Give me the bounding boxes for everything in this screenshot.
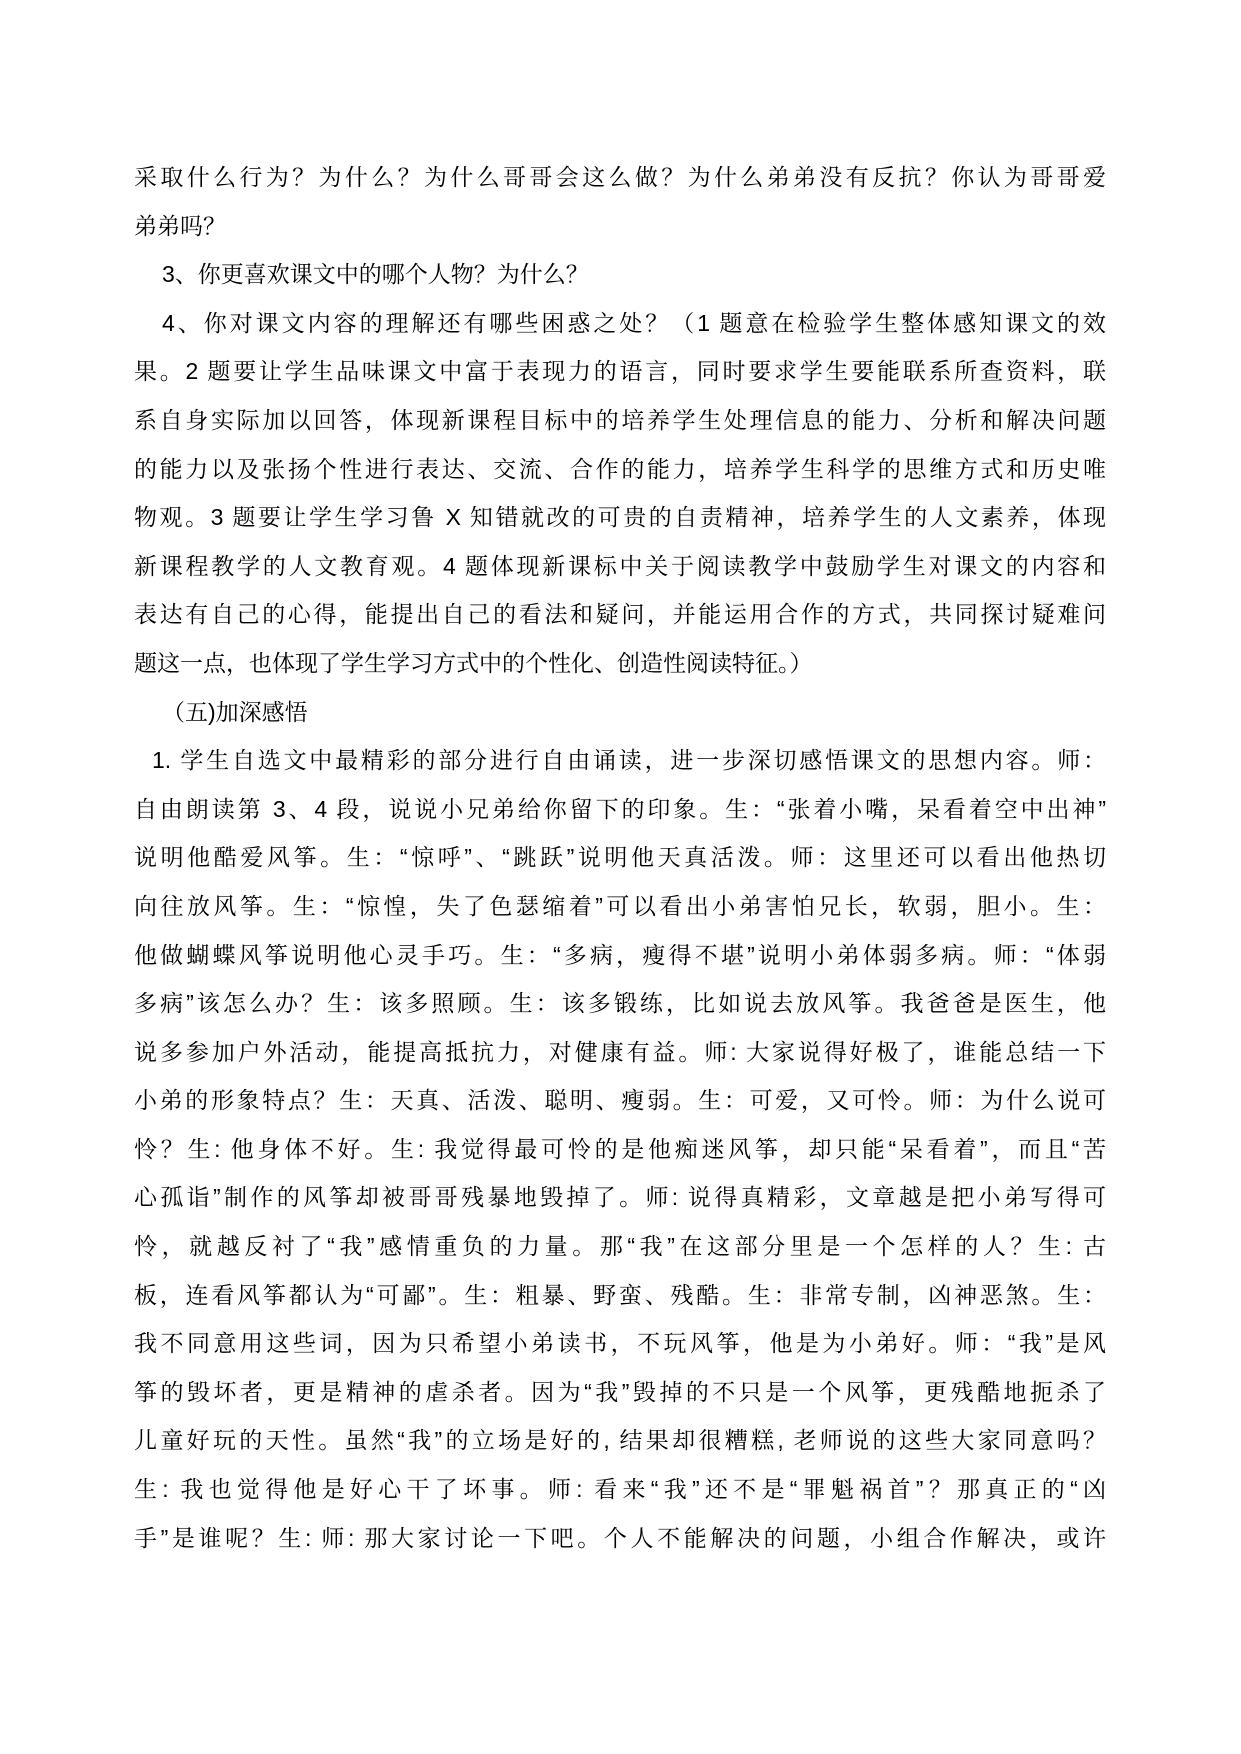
text-line-list-item-1: 1. 学生自选文中最精彩的部分进行自由诵读，进一步深切感悟课文的思想内容。师： bbox=[134, 736, 1106, 785]
text-line: 弟弟吗？ bbox=[134, 202, 1106, 251]
text-line: 采取什么行为？为什么？为什么哥哥会这么做？为什么弟弟没有反抗？你认为哥哥爱 bbox=[134, 153, 1106, 202]
text-line: 小弟的形象特点？生：天真、活泼、聪明、瘦弱。生：可爱，又可怜。师：为什么说可 bbox=[134, 1076, 1106, 1125]
text-line: 我不同意用这些词，因为只希望小弟读书，不玩风筝，他是为小弟好。师：“我”是风 bbox=[134, 1319, 1106, 1368]
text-line: 筝的毁坏者，更是精神的虐杀者。因为“我”毁掉的不只是一个风筝，更残酷地扼杀了 bbox=[134, 1368, 1106, 1417]
text-line: 手”是谁呢？生: 师: 那大家讨论一下吧。个人不能解决的问题，小组合作解决，或许 bbox=[134, 1514, 1106, 1563]
text-line: 的能力以及张扬个性进行表达、交流、合作的能力，培养学生科学的思维方式和历史唯 bbox=[134, 445, 1106, 494]
text-line: 怜？生: 他身体不好。生: 我觉得最可怜的是他痴迷风筝，却只能“呆看着”，而且“… bbox=[134, 1125, 1106, 1174]
text-line: 系自身实际加以回答，体现新课程目标中的培养学生处理信息的能力、分析和解决问题 bbox=[134, 396, 1106, 445]
text-line: 新课程教学的人文教育观。4 题体现新课标中关于阅读教学中鼓励学生对课文的内容和 bbox=[134, 542, 1106, 591]
text-line: 说多参加户外活动，能提高抵抗力，对健康有益。师: 大家说得好极了，谁能总结一下 bbox=[134, 1028, 1106, 1077]
text-line-list-item-3: 3、你更喜欢课文中的哪个人物？为什么？ bbox=[134, 250, 1106, 299]
text-line: 多病”该怎么办？生：该多照顾。生：该多锻练，比如说去放风筝。我爸爸是医生，他 bbox=[134, 979, 1106, 1028]
text-line: 他做蝴蝶风筝说明他心灵手巧。生：“多病，瘦得不堪”说明小弟体弱多病。师：“体弱 bbox=[134, 931, 1106, 980]
text-line: 生: 我也觉得他是好心干了坏事。师: 看来“我”还不是“罪魁祸首”？那真正的“凶 bbox=[134, 1465, 1106, 1514]
text-line: 果。2 题要让学生品味课文中富于表现力的语言，同时要求学生要能联系所查资料，联 bbox=[134, 347, 1106, 396]
text-line: 怜，就越反衬了“我”感情重负的力量。那“我”在这部分里是一个怎样的人？生: 古 bbox=[134, 1222, 1106, 1271]
text-line: 向往放风筝。生：“惊惶，失了色瑟缩着”可以看出小弟害怕兄长，软弱，胆小。生： bbox=[134, 882, 1106, 931]
section-heading: （五)加深感悟 bbox=[134, 688, 1106, 737]
text-line: 自由朗读第 3、4 段，说说小兄弟给你留下的印象。生：“张着小嘴，呆看着空中出神… bbox=[134, 785, 1106, 834]
text-line-list-item-4: 4、你对课文内容的理解还有哪些困惑之处？（1 题意在检验学生整体感知课文的效 bbox=[134, 299, 1106, 348]
text-line: 题这一点，也体现了学生学习方式中的个性化、创造性阅读特征。） bbox=[134, 639, 1106, 688]
text-line: 心孤诣”制作的风筝却被哥哥残暴地毁掉了。师: 说得真精彩，文章越是把小弟写得可 bbox=[134, 1173, 1106, 1222]
text-line: 儿童好玩的天性。虽然“我”的立场是好的, 结果却很糟糕, 老师说的这些大家同意吗… bbox=[134, 1416, 1106, 1465]
text-line: 说明他酷爱风筝。生：“惊呼”、“跳跃”说明他天真活泼。师：这里还可以看出他热切 bbox=[134, 833, 1106, 882]
text-line: 物观。3 题要让学生学习鲁 X 知错就改的可贵的自责精神，培养学生的人文素养，体… bbox=[134, 493, 1106, 542]
text-line: 板，连看风筝都认为“可鄙”。生：粗暴、野蛮、残酷。生：非常专制，凶神恶煞。生： bbox=[134, 1271, 1106, 1320]
text-line: 表达有自己的心得，能提出自己的看法和疑问，并能运用合作的方式，共同探讨疑难问 bbox=[134, 590, 1106, 639]
document-page: 采取什么行为？为什么？为什么哥哥会这么做？为什么弟弟没有反抗？你认为哥哥爱 弟弟… bbox=[134, 153, 1106, 1562]
